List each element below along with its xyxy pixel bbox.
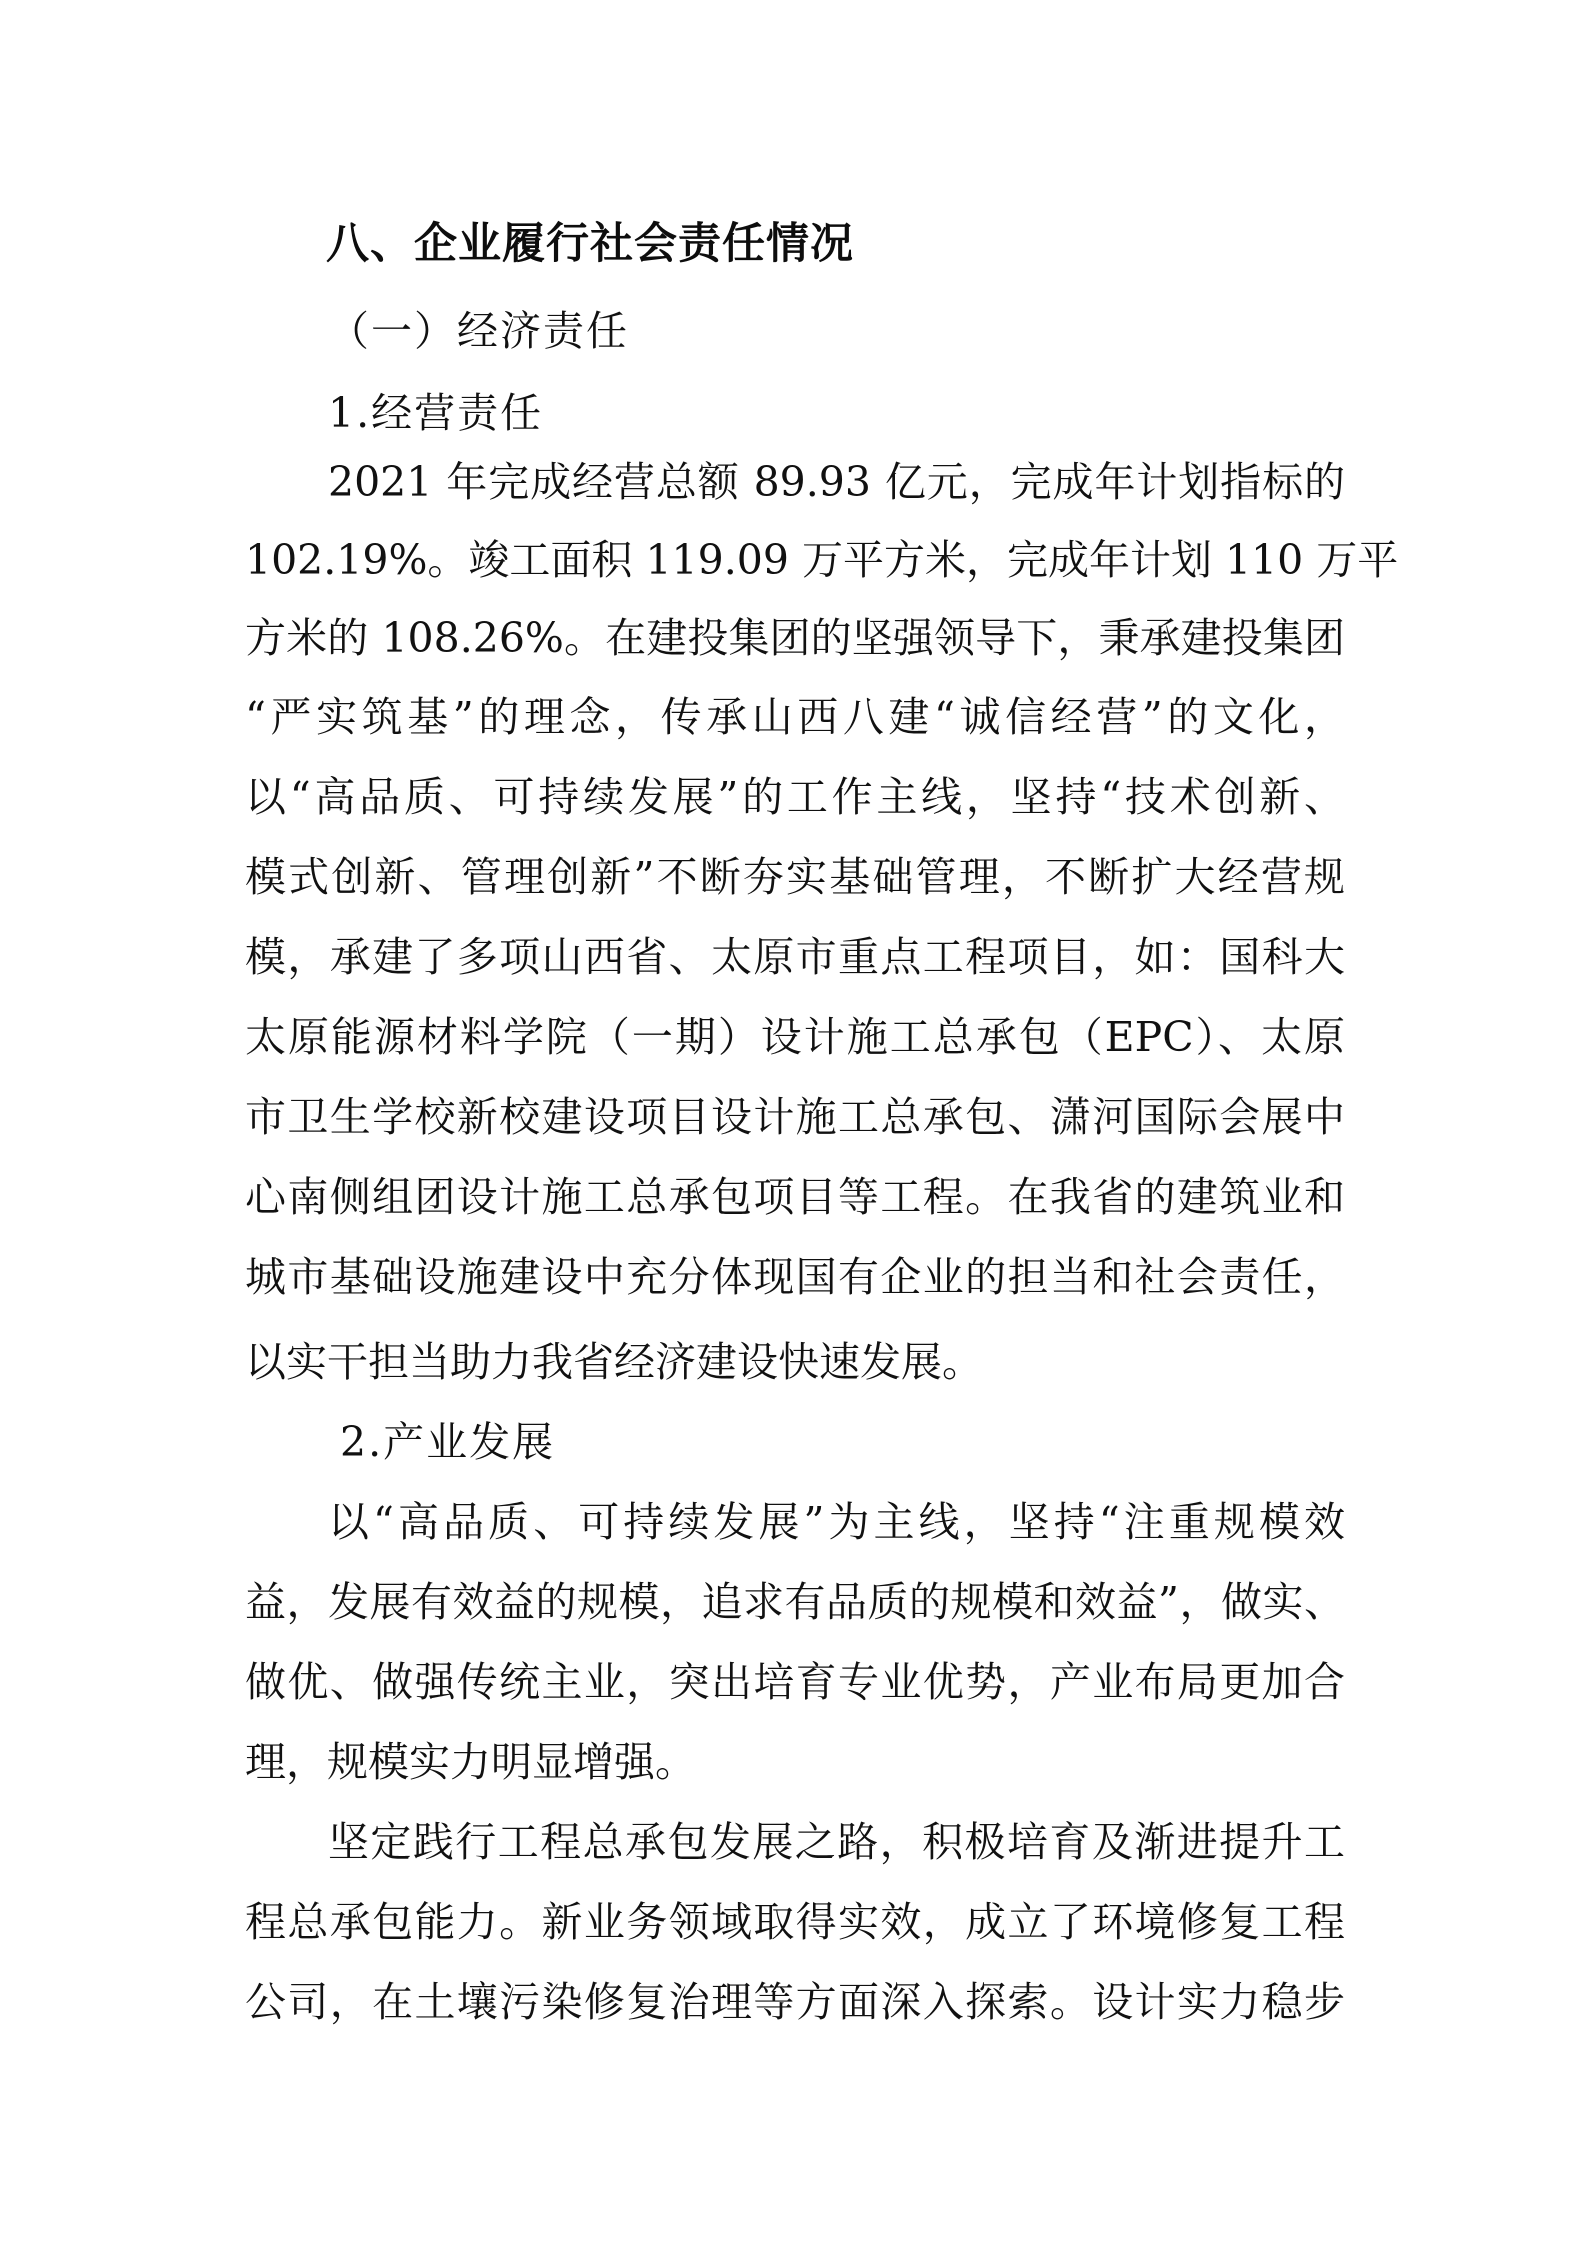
section-title: 八、企业履行社会责任情况	[326, 204, 854, 284]
paragraph-line: 市卫生学校新校建设项目设计施工总承包、潇河国际会展中	[245, 1077, 1345, 1157]
paragraph-line: 太原能源材料学院（一期）设计施工总承包（EPC）、太原	[245, 997, 1345, 1077]
paragraph-line: 坚定践行工程总承包发展之路，积极培育及渐进提升工	[328, 1802, 1345, 1882]
paragraph-line: 以“高品质、可持续发展”为主线，坚持“注重规模效	[328, 1482, 1345, 1562]
paragraph-line: 以“高品质、可持续发展”的工作主线，坚持“技术创新、	[245, 757, 1345, 837]
paragraph-line: 做优、做强传统主业，突出培育专业优势，产业布局更加合	[245, 1642, 1345, 1722]
item2-heading: 2.产业发展	[340, 1402, 555, 1482]
item1-heading: 1.经营责任	[328, 373, 543, 453]
paragraph-line: 城市基础设施建设中充分体现国有企业的担当和社会责任，	[245, 1237, 1345, 1317]
paragraph-line: 心南侧组团设计施工总承包项目等工程。在我省的建筑业和	[245, 1157, 1345, 1237]
paragraph-line: 公司，在土壤污染修复治理等方面深入探索。设计实力稳步	[245, 1962, 1345, 2042]
paragraph-line: 模，承建了多项山西省、太原市重点工程项目，如：国科大	[245, 917, 1345, 997]
paragraph-line: 模式创新、管理创新”不断夯实基础管理，不断扩大经营规	[245, 837, 1345, 917]
paragraph-line: “严实筑基”的理念，传承山西八建“诚信经营”的文化，	[245, 677, 1345, 757]
paragraph-line: 2021 年完成经营总额 89.93 亿元，完成年计划指标的	[328, 442, 1345, 522]
document-page: 八、企业履行社会责任情况 （一）经济责任 1.经营责任 2021 年完成经营总额…	[0, 0, 1587, 2245]
subsection-title: （一）经济责任	[328, 291, 629, 371]
paragraph-line: 方米的 108.26%。在建投集团的坚强领导下，秉承建投集团	[245, 598, 1345, 678]
paragraph-line: 程总承包能力。新业务领域取得实效，成立了环境修复工程	[245, 1882, 1345, 1962]
paragraph-line: 理，规模实力明显增强。	[245, 1722, 1345, 1802]
paragraph-line: 102.19%。竣工面积 119.09 万平方米，完成年计划 110 万平	[245, 520, 1345, 600]
paragraph-line: 以实干担当助力我省经济建设快速发展。	[245, 1322, 1345, 1402]
paragraph-line: 益，发展有效益的规模，追求有品质的规模和效益”，做实、	[245, 1562, 1345, 1642]
